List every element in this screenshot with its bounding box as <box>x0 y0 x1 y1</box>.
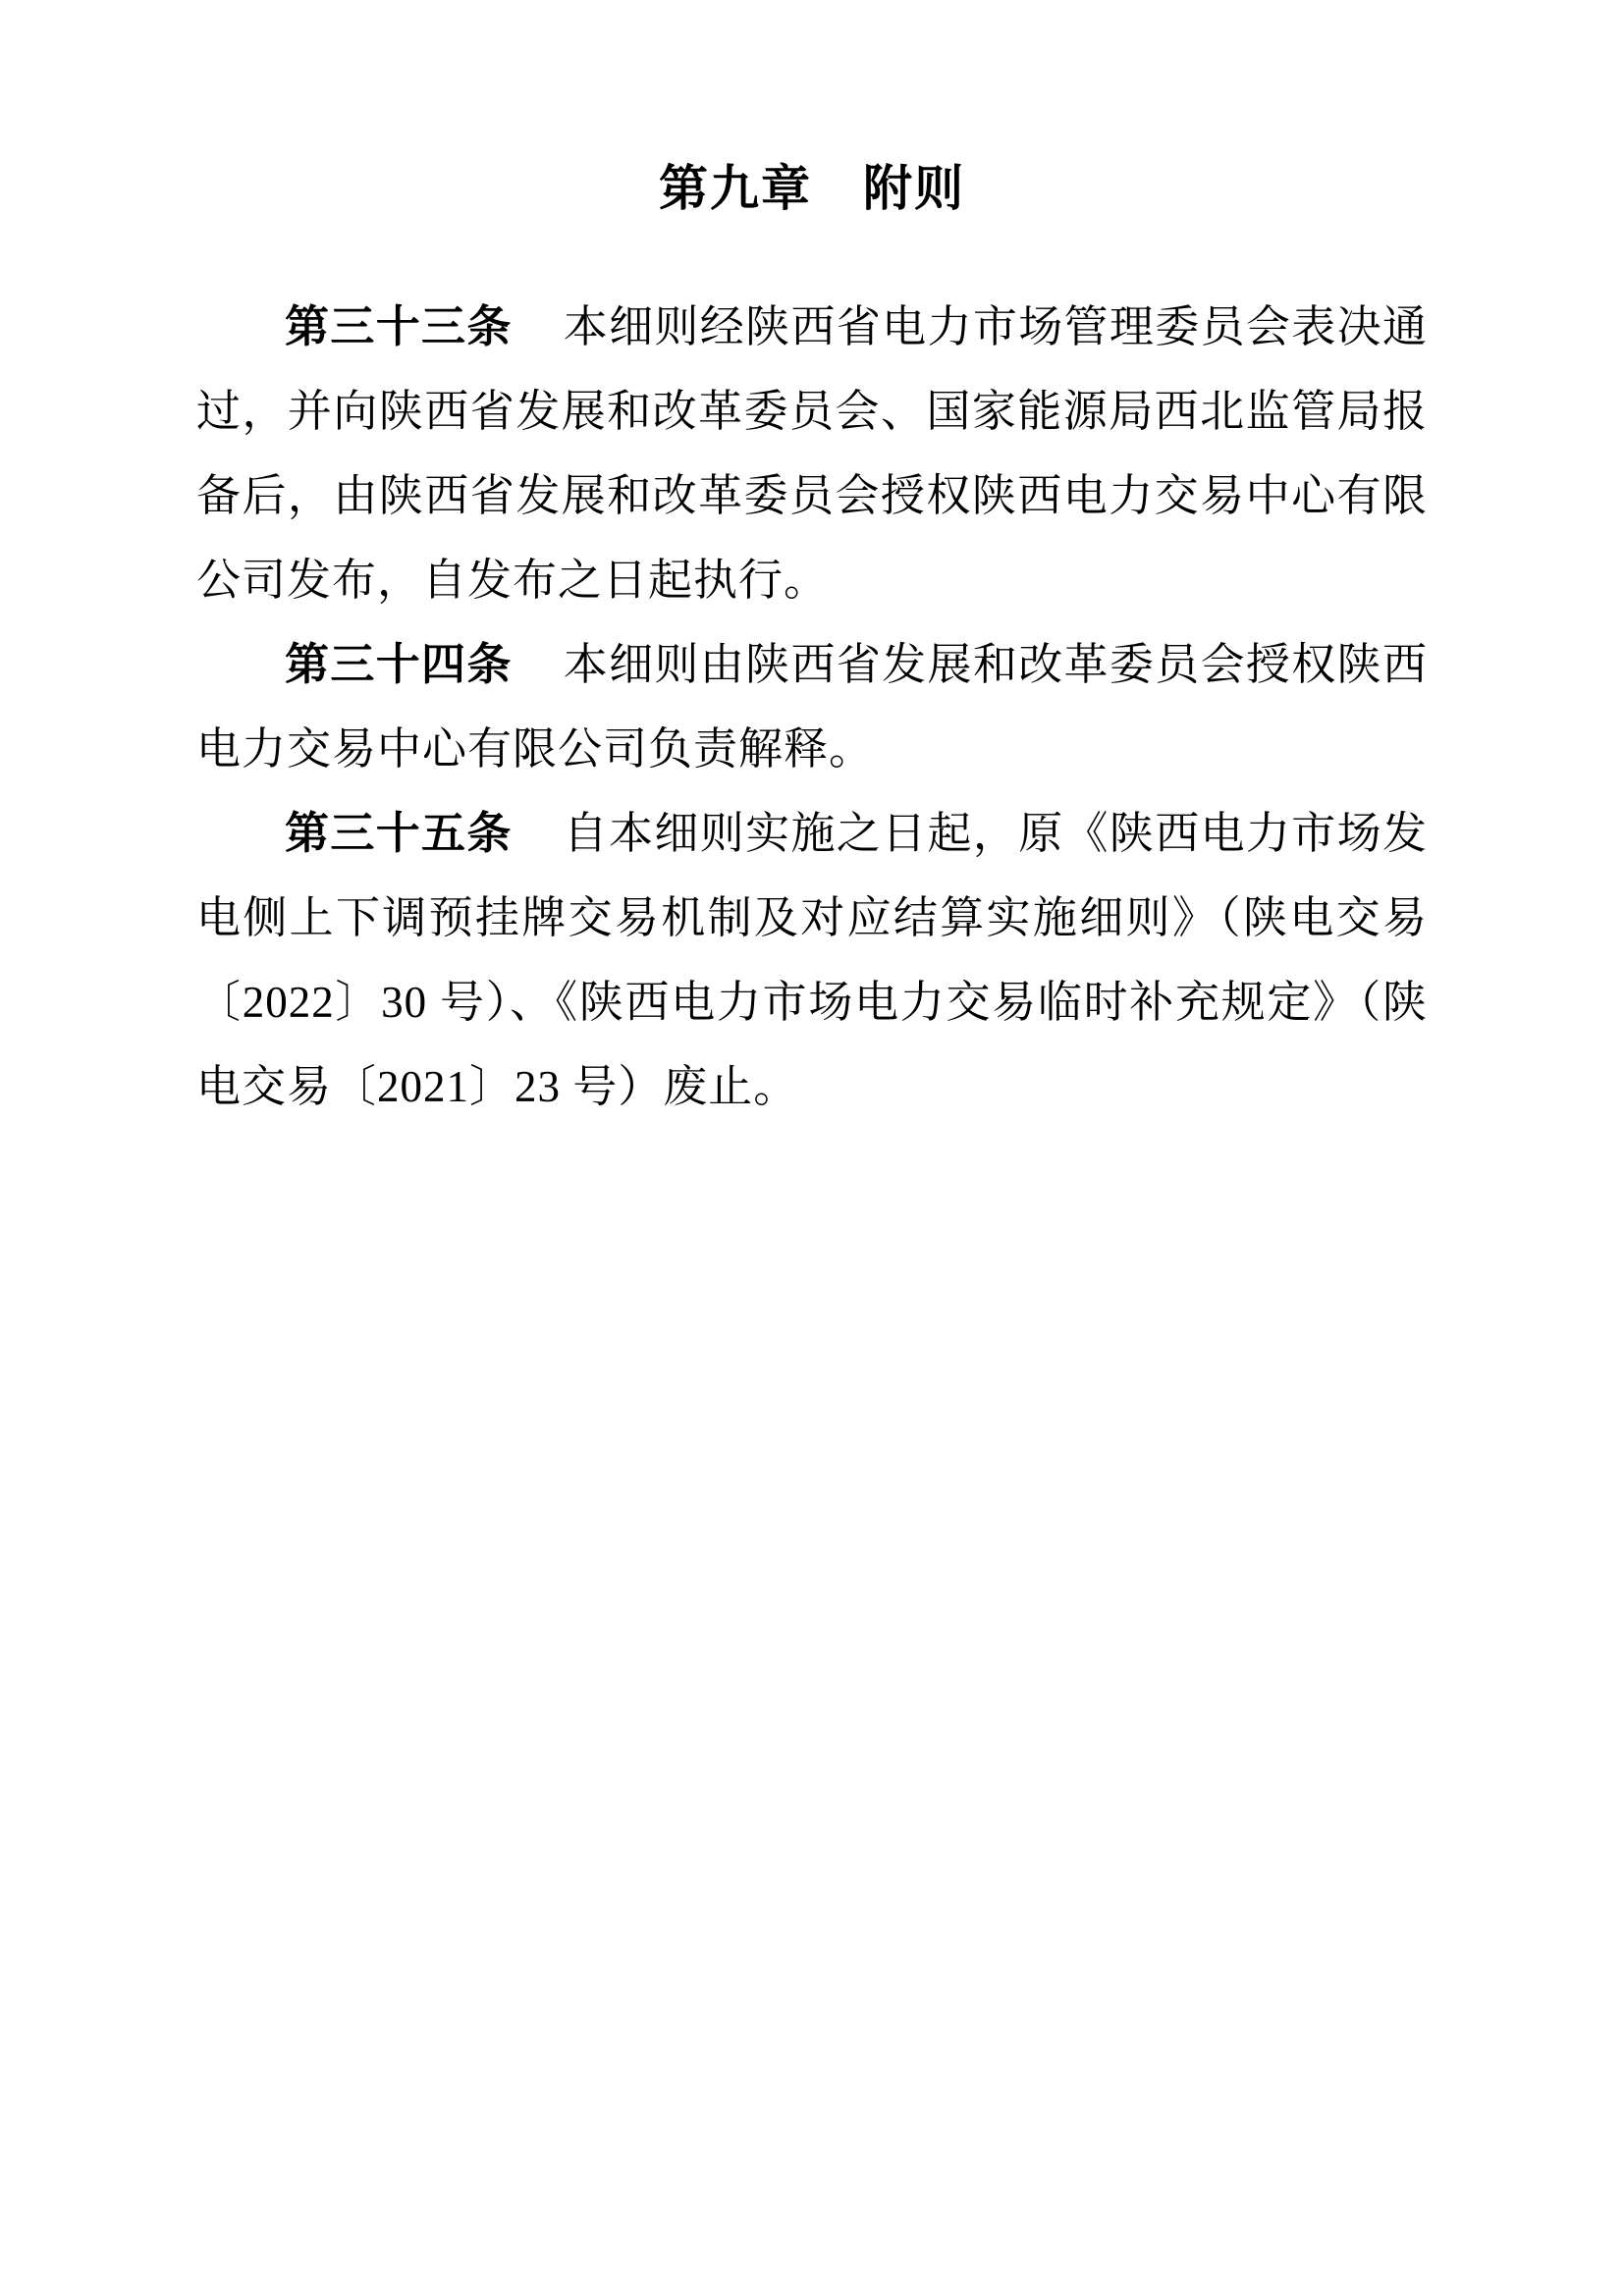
article-33-label: 第三十三条 <box>285 301 513 351</box>
paragraph-article-35: 第三十五条自本细则实施之日起，原《陕西电力市场发电侧上下调预挂牌交易机制及对应结… <box>196 791 1428 1129</box>
article-34-label: 第三十四条 <box>285 639 513 689</box>
chapter-title: 第九章 附则 <box>196 0 1428 220</box>
document-content: 第九章 附则 第三十三条本细则经陕西省电力市场管理委员会表决通过，并向陕西省发展… <box>196 0 1428 1129</box>
paragraph-article-33: 第三十三条本细则经陕西省电力市场管理委员会表决通过，并向陕西省发展和改革委员会、… <box>196 285 1428 622</box>
document-body: 第三十三条本细则经陕西省电力市场管理委员会表决通过，并向陕西省发展和改革委员会、… <box>196 285 1428 1129</box>
document-page: 第九章 附则 第三十三条本细则经陕西省电力市场管理委员会表决通过，并向陕西省发展… <box>0 0 1624 2296</box>
paragraph-article-34: 第三十四条本细则由陕西省发展和改革委员会授权陕西电力交易中心有限公司负责解释。 <box>196 622 1428 791</box>
article-35-label: 第三十五条 <box>285 808 513 858</box>
